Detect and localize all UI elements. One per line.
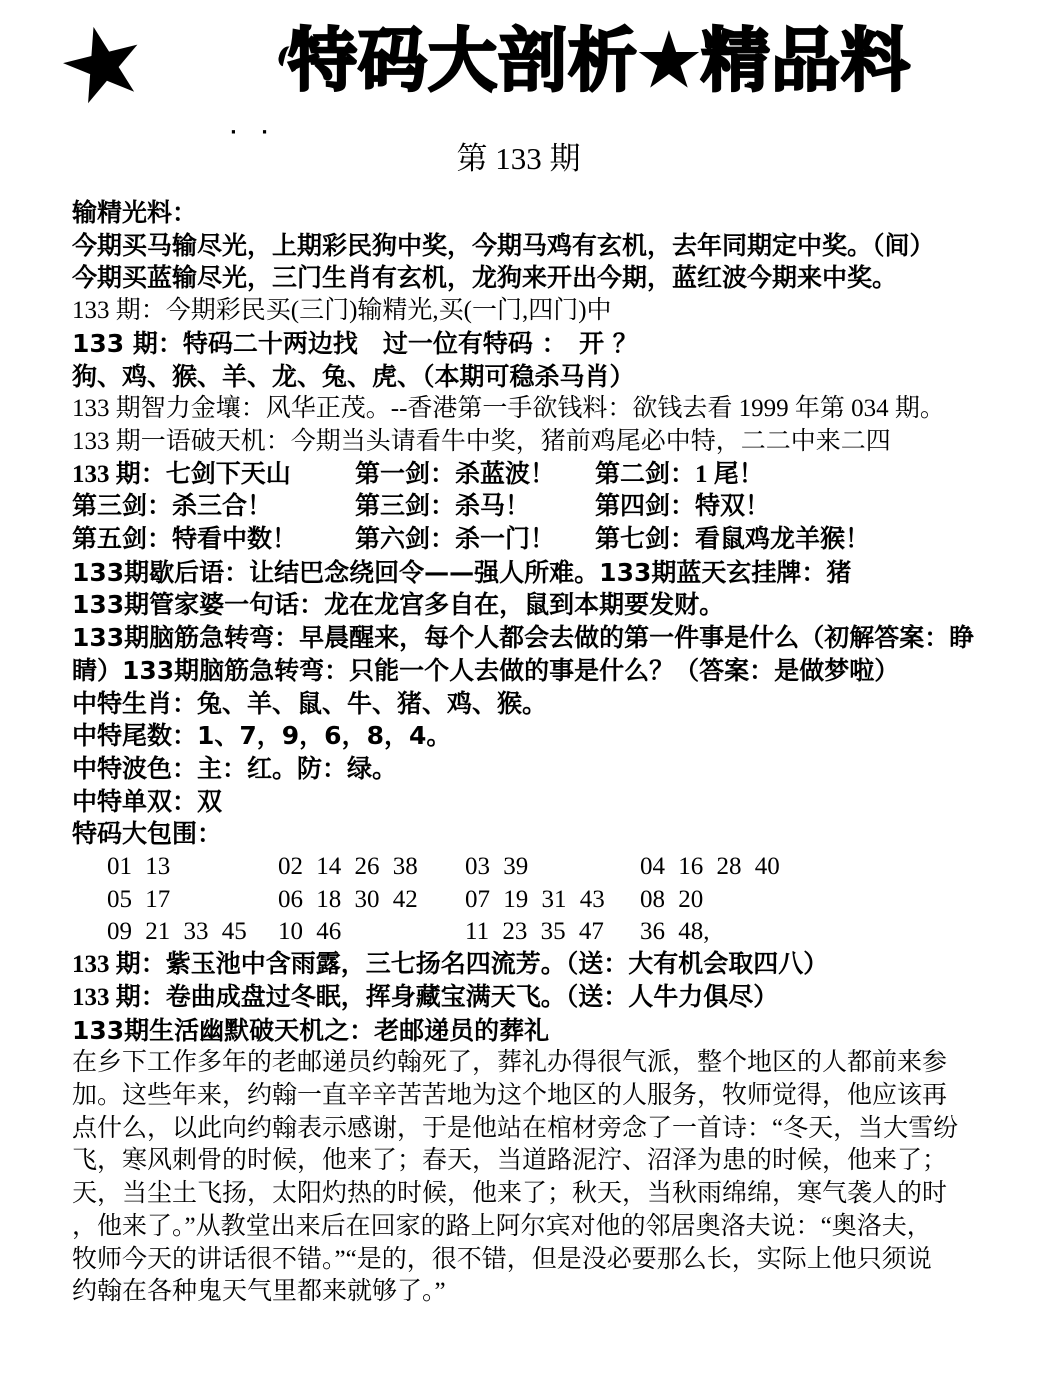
zodiac-kill-line: 狗、鸡、猴、羊、龙、兔、虎、（本期可稳杀马肖） [72,361,1007,394]
sword-cell: 第五剑：特看中数！ [72,524,355,557]
sword-cell: 第三剑：杀三合！ [72,491,355,524]
sword-cell: 第一剑：杀蓝波！ [355,459,595,492]
intro-line: 今期买马输尽光，上期彩民狗中奖，今期马鸡有玄机，去年同期定中奖。（间） [72,230,1007,263]
wave-color-line: 中特波色：主：红。防：绿。 [72,753,1007,786]
wrap-heading: 特码大包围： [72,818,1007,851]
sword-cell: 第四剑：特双！ [595,491,1007,524]
wisdom-line: 133 期智力金壤：风华正茂。--香港第一手欲钱料：欲钱去看 1999 年第 0… [72,393,1007,426]
sword-row: 第五剑：特看中数！ 第六剑：杀一门！ 第七剑：看鼠鸡龙羊猴！ [72,524,1007,557]
sword-row: 第三剑：杀三合！ 第三剑：杀马！ 第四剑：特双！ [72,491,1007,524]
numbers-cell: 01 13 [107,851,278,884]
poem-line: 133 期：紫玉池中含雨露，三七扬名四流芳。（送：大有机会取四八） [72,949,1007,982]
story-line: 牧师今天的讲话很不错。”“是的，很不错，但是没必要那么长，实际上他只须说 [72,1244,1007,1277]
intro-heading: 输精光料： [72,197,1007,230]
story-line: 约翰在各种鬼天气里都来就够了。” [72,1276,1007,1309]
numbers-cell: 08 20 [640,884,1007,917]
scanned-tip-sheet-page: ★ 特码大剖析★精品料 · · 第 133 期 输精光料： 今期买马输尽光，上期… [0,0,1037,1388]
numbers-cell: 10 46 [278,916,465,949]
story-line: 飞，寒风刺骨的时候，他来了；春天，当道路泥泞、沼泽为患的时候，他来了； [72,1145,1007,1178]
sword-row: 133 期：七剑下天山 第一剑：杀蓝波！ 第二剑：1 尾！ [72,459,1007,492]
numbers-cell: 36 48, [640,916,1007,949]
story-line: 在乡下工作多年的老邮递员约翰死了，葬礼办得很气派，整个地区的人都前来参 [72,1047,1007,1080]
poem-line: 133 期：卷曲成盘过冬眠，挥身藏宝满天飞。（送：人牛力俱尽） [72,982,1007,1015]
numbers-row: 09 21 33 45 10 46 11 23 35 47 36 48, [72,916,1007,949]
body-text: 输精光料： 今期买马输尽光，上期彩民狗中奖，今期马鸡有玄机，去年同期定中奖。（间… [0,197,1037,1309]
numbers-cell: 11 23 35 47 [465,916,640,949]
story-line: 加。这些年来，约翰一直辛辛苦苦地为这个地区的人服务，牧师觉得，他应该再 [72,1080,1007,1113]
intro-line: 今期买蓝输尽光，三门生肖有玄机，龙狗来开出今期，蓝红波今期来中奖。 [72,262,1007,295]
story-line: 点什么，以此向约翰表示感谢，于是他站在棺材旁念了一首诗：“冬天，当大雪纷 [72,1113,1007,1146]
numbers-cell: 06 18 30 42 [278,884,465,917]
humor-heading: 133期生活幽默破天机之：老邮递员的葬礼 [72,1015,1007,1048]
tip-line-text: 期：特码二十两边找 过一位有特码 ： 开 ？ [124,329,638,358]
sword-cell: 第六剑：杀一门！ [355,524,595,557]
zodiac-line: 中特生肖：兔、羊、鼠、牛、猪、鸡、猴。 [72,688,1007,721]
story-line: 天，当尘土飞扬，太阳灼热的时候，他来了；秋天，当秋雨绵绵，寒气袭人的时 [72,1178,1007,1211]
tip-line: 133 期：特码二十两边找 过一位有特码 ： 开 ？ [72,328,1007,361]
numbers-cell: 05 17 [107,884,278,917]
numbers-cell: 09 21 33 45 [107,916,278,949]
issue-prefix: 133 [72,329,124,358]
xiehouyu-line: 133期歇后语：让结巴念绕回令——强人所难。133期蓝天玄挂牌：猪 [72,557,1007,590]
numbers-cell: 02 14 26 38 [278,851,465,884]
sword-cell: 第七剑：看鼠鸡龙羊猴！ [595,524,1007,557]
tail-numbers-line: 中特尾数：1、7，9，6，8，4。 [72,720,1007,753]
brain-teaser-line: 睛）133期脑筋急转弯：只能一个人去做的事是什么？（答案：是做梦啦） [72,655,1007,688]
oneword-line: 133 期一语破天机：今期当头请看牛中奖，猪前鸡尾必中特，二二中来二四 [72,426,1007,459]
page-title: 特码大剖析★精品料 [288,22,911,101]
odd-even-line: 中特单双：双 [72,786,1007,819]
numbers-row: 01 13 02 14 26 38 03 39 04 16 28 40 [72,851,1007,884]
sword-cell: 第三剑：杀马！ [355,491,595,524]
sword-cell: 133 期：七剑下天山 [72,459,355,492]
numbers-cell: 04 16 28 40 [640,851,1007,884]
numbers-cell: 03 39 [465,851,640,884]
brain-teaser-line: 133期脑筋急转弯：早晨醒来，每个人都会去做的第一件事是什么（初解答案：睁 [72,622,1007,655]
tip-line: 133 期：今期彩民买(三门)输精光,买(一门,四门)中 [72,295,1007,328]
numbers-cell: 07 19 31 43 [465,884,640,917]
numbers-row: 05 17 06 18 30 42 07 19 31 43 08 20 [72,884,1007,917]
guanjiapo-line: 133期管家婆一句话：龙在龙宫多自在，鼠到本期要发财。 [72,589,1007,622]
star-icon: ★ [47,5,158,124]
issue-number: 第 133 期 [0,140,1037,177]
story-line: ，他来了。”从教堂出来后在回家的路上阿尔宾对他的邻居奥洛夫说：“奥洛夫， [72,1211,1007,1244]
sword-cell: 第二剑：1 尾！ [595,459,1007,492]
